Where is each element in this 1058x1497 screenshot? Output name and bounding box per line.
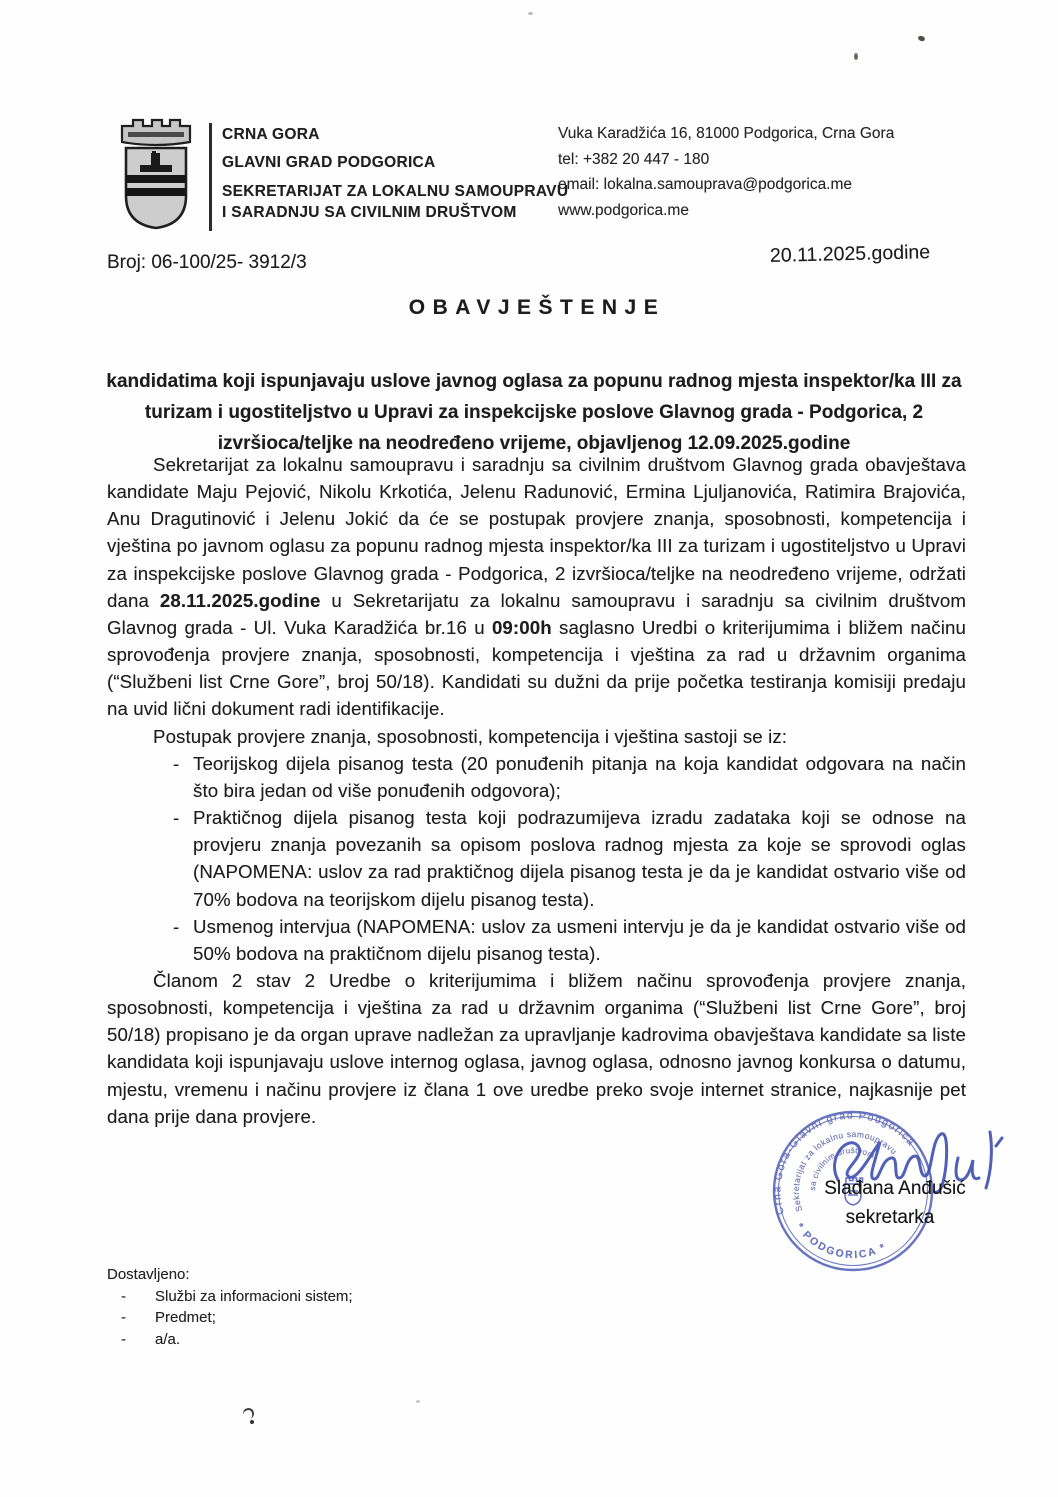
podgorica-coat-of-arms-icon xyxy=(112,118,200,232)
distribution-item-dash: - xyxy=(121,1307,155,1329)
distribution-list: Dostavljeno: - Službi za informacioni si… xyxy=(107,1264,353,1350)
contact-block: Vuka Karadžića 16, 81000 Podgorica, Crna… xyxy=(558,121,894,223)
document-date: 20.11.2025.godine xyxy=(770,241,931,268)
document-number: Broj: 06-100/25- 3912/3 xyxy=(107,252,307,274)
body-paragraph-1: Sekretarijat za lokalnu samoupravu i sar… xyxy=(107,451,966,723)
contact-phone: tel: +382 20 447 - 180 xyxy=(558,147,894,173)
distribution-item: - Službi za informacioni sistem; xyxy=(107,1286,353,1308)
contact-email: email: lokalna.samouprava@podgorica.me xyxy=(558,172,894,198)
list-item: - Teorijskog dijela pisanog testa (20 po… xyxy=(107,750,966,804)
scan-artifact xyxy=(250,1420,254,1424)
letterhead-divider xyxy=(209,123,212,231)
list-item-dash: - xyxy=(173,804,193,913)
org-line: SEKRETARIJAT ZA LOKALNU SAMOUPRAVU xyxy=(222,183,568,201)
distribution-item-text: Službi za informacioni sistem; xyxy=(155,1286,353,1308)
organization-block: CRNA GORA GLAVNI GRAD PODGORICA SEKRETAR… xyxy=(222,126,568,222)
list-item-text: Usmenog intervjua (NAPOMENA: uslov za us… xyxy=(193,913,966,967)
document-title: OBAVJEŠTENJE xyxy=(0,296,1058,320)
scan-artifact xyxy=(242,1407,255,1420)
list-item: - Praktičnog dijela pisanog testa koji p… xyxy=(107,804,966,913)
scan-artifact xyxy=(917,35,925,42)
signer-role: sekretarka xyxy=(800,1207,980,1229)
list-item-dash: - xyxy=(173,913,193,967)
org-line: GLAVNI GRAD PODGORICA xyxy=(222,154,568,172)
contact-website: www.podgorica.me xyxy=(558,198,894,224)
scan-artifact xyxy=(854,53,858,60)
list-item-text: Teorijskog dijela pisanog testa (20 ponu… xyxy=(193,750,966,804)
list-item: - Usmenog intervjua (NAPOMENA: uslov za … xyxy=(107,913,966,967)
contact-address: Vuka Karadžića 16, 81000 Podgorica, Crna… xyxy=(558,121,894,147)
subject-paragraph: kandidatima koji ispunjavaju uslove javn… xyxy=(99,366,969,459)
list-intro: Postupak provjere znanja, sposobnosti, k… xyxy=(107,723,966,750)
distribution-item: - Predmet; xyxy=(107,1307,353,1329)
distribution-item-dash: - xyxy=(121,1286,155,1308)
list-item-text: Praktičnog dijela pisanog testa koji pod… xyxy=(193,804,966,913)
distribution-item-text: Predmet; xyxy=(155,1307,216,1329)
scan-artifact xyxy=(528,12,533,15)
list-item-dash: - xyxy=(173,750,193,804)
distribution-item-text: a/a. xyxy=(155,1329,180,1351)
signer-name: Slađana Anđušić xyxy=(800,1178,990,1200)
org-line: CRNA GORA xyxy=(222,126,568,144)
scan-artifact xyxy=(416,1400,420,1403)
distribution-item-dash: - xyxy=(121,1329,155,1351)
distribution-label: Dostavljeno: xyxy=(107,1264,353,1286)
org-line: I SARADNJU SA CIVILNIM DRUŠTVOM xyxy=(222,204,568,222)
scanned-document-page: CRNA GORA GLAVNI GRAD PODGORICA SEKRETAR… xyxy=(0,0,1058,1497)
document-body: Sekretarijat za lokalnu samoupravu i sar… xyxy=(107,451,966,1130)
distribution-item: - a/a. xyxy=(107,1329,353,1351)
